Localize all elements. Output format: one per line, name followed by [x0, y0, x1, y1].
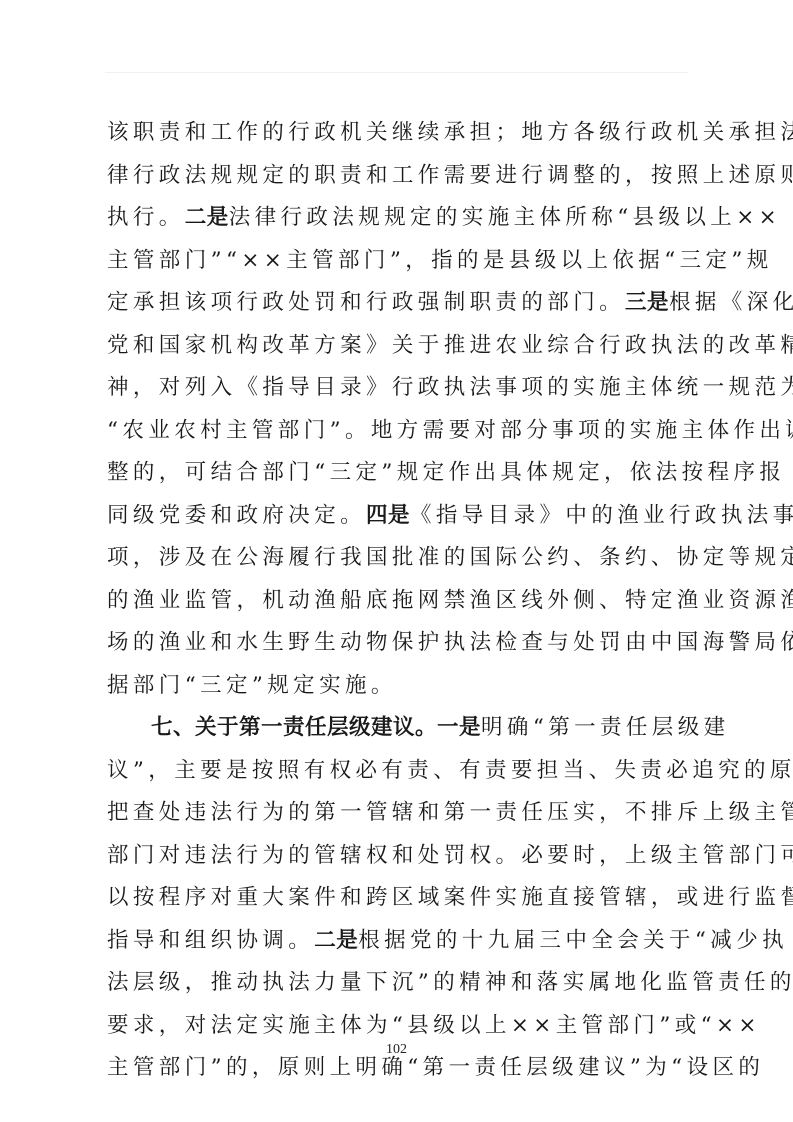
text-segment: 法层级，推动执法力量下沉”的精神和落实属地化监管责任的 — [107, 970, 793, 995]
text-segment: 议”，主要是按照有权必有责、有责要担当、失责必追究的原则， — [107, 758, 793, 783]
bold-emphasis: 四是 — [366, 503, 410, 528]
text-line: “农业农村主管部门”。地方需要对部分事项的实施主体作出调 — [107, 410, 687, 453]
section-heading-line: 七、关于第一责任层级建议。一是明确“第一责任层级建 — [107, 707, 687, 750]
text-line: 要求，对法定实施主体为“县级以上××主管部门”或“×× — [107, 1005, 687, 1048]
text-line: 定承担该项行政处罚和行政强制职责的部门。三是根据《深化 — [107, 282, 687, 325]
text-segment: 指导和组织协调。 — [107, 928, 314, 953]
text-line: 指导和组织协调。二是根据党的十九届三中全会关于“减少执 — [107, 920, 687, 963]
text-segment: 主管部门”“××主管部门”，指的是县级以上依据“三定”规 — [107, 248, 773, 273]
text-segment: 执行。 — [107, 205, 185, 230]
text-line: 整的，可结合部门“三定”规定作出具体规定，依法按程序报 — [107, 452, 687, 495]
text-segment: “农业农村主管部门”。地方需要对部分事项的实施主体作出调 — [107, 418, 793, 443]
text-line: 项，涉及在公海履行我国批准的国际公约、条约、协定等规定 — [107, 537, 687, 580]
text-segment: 《指导目录》中的渔业行政执法事 — [410, 503, 793, 528]
bold-emphasis: 二是 — [185, 205, 229, 230]
text-line: 把查处违法行为的第一管辖和第一责任压实，不排斥上级主管 — [107, 792, 687, 835]
text-line: 神，对列入《指导目录》行政执法事项的实施主体统一规范为 — [107, 367, 687, 410]
text-segment: 神，对列入《指导目录》行政执法事项的实施主体统一规范为 — [107, 375, 793, 400]
bold-emphasis: 七、关于第一责任层级建议。一是 — [151, 715, 481, 740]
text-segment: 党和国家机构改革方案》关于推进农业综合行政执法的改革精 — [107, 333, 793, 358]
text-segment: 以按程序对重大案件和跨区域案件实施直接管辖，或进行监督 — [107, 885, 793, 910]
text-segment: 的渔业监管，机动渔船底拖网禁渔区线外侧、特定渔业资源渔 — [107, 588, 793, 613]
text-segment: 场的渔业和水生野生动物保护执法检查与处罚由中国海警局依 — [107, 630, 793, 655]
bold-emphasis: 三是 — [625, 290, 669, 315]
text-segment: 明确“第一责任层级建 — [481, 715, 730, 740]
text-segment: 把查处违法行为的第一管辖和第一责任压实，不排斥上级主管 — [107, 800, 793, 825]
text-segment: 根据《深化 — [669, 290, 793, 315]
page-number: 102 — [0, 1042, 793, 1058]
text-segment: 律行政法规规定的职责和工作需要进行调整的，按照上述原则 — [107, 163, 793, 188]
text-segment: 同级党委和政府决定。 — [107, 503, 366, 528]
text-line: 党和国家机构改革方案》关于推进农业综合行政执法的改革精 — [107, 325, 687, 368]
bold-emphasis: 二是 — [314, 928, 358, 953]
body-text: 该职责和工作的行政机关继续承担；地方各级行政机关承担法律行政法规规定的职责和工作… — [107, 112, 687, 1090]
text-line: 法层级，推动执法力量下沉”的精神和落实属地化监管责任的 — [107, 962, 687, 1005]
text-line: 主管部门”“××主管部门”，指的是县级以上依据“三定”规 — [107, 240, 687, 283]
text-segment: 法律行政法规规定的实施主体所称“县级以上×× — [229, 205, 781, 230]
text-line: 该职责和工作的行政机关继续承担；地方各级行政机关承担法 — [107, 112, 687, 155]
text-line: 律行政法规规定的职责和工作需要进行调整的，按照上述原则 — [107, 155, 687, 198]
text-line: 据部门“三定”规定实施。 — [107, 665, 687, 708]
text-segment: 要求，对法定实施主体为“县级以上××主管部门”或“×× — [107, 1013, 761, 1038]
text-segment: 整的，可结合部门“三定”规定作出具体规定，依法按程序报 — [107, 460, 785, 485]
text-line: 同级党委和政府决定。四是《指导目录》中的渔业行政执法事 — [107, 495, 687, 538]
text-segment: 该职责和工作的行政机关继续承担；地方各级行政机关承担法 — [107, 120, 793, 145]
text-line: 议”，主要是按照有权必有责、有责要担当、失责必追究的原则， — [107, 750, 687, 793]
text-segment: 根据党的十九届三中全会关于“减少执 — [358, 928, 788, 953]
text-segment: 据部门“三定”规定实施。 — [107, 673, 397, 698]
text-segment: 定承担该项行政处罚和行政强制职责的部门。 — [107, 290, 625, 315]
text-line: 执行。二是法律行政法规规定的实施主体所称“县级以上×× — [107, 197, 687, 240]
text-segment: 主管部门”的，原则上明确“第一责任层级建议”为“设区的 — [107, 1055, 764, 1080]
text-line: 以按程序对重大案件和跨区域案件实施直接管辖，或进行监督 — [107, 877, 687, 920]
text-line: 部门对违法行为的管辖权和处罚权。必要时，上级主管部门可 — [107, 835, 687, 878]
text-segment: 项，涉及在公海履行我国批准的国际公约、条约、协定等规定 — [107, 545, 793, 570]
text-segment: 部门对违法行为的管辖权和处罚权。必要时，上级主管部门可 — [107, 843, 793, 868]
header-rule — [105, 72, 688, 73]
text-line: 的渔业监管，机动渔船底拖网禁渔区线外侧、特定渔业资源渔 — [107, 580, 687, 623]
text-line: 场的渔业和水生野生动物保护执法检查与处罚由中国海警局依 — [107, 622, 687, 665]
